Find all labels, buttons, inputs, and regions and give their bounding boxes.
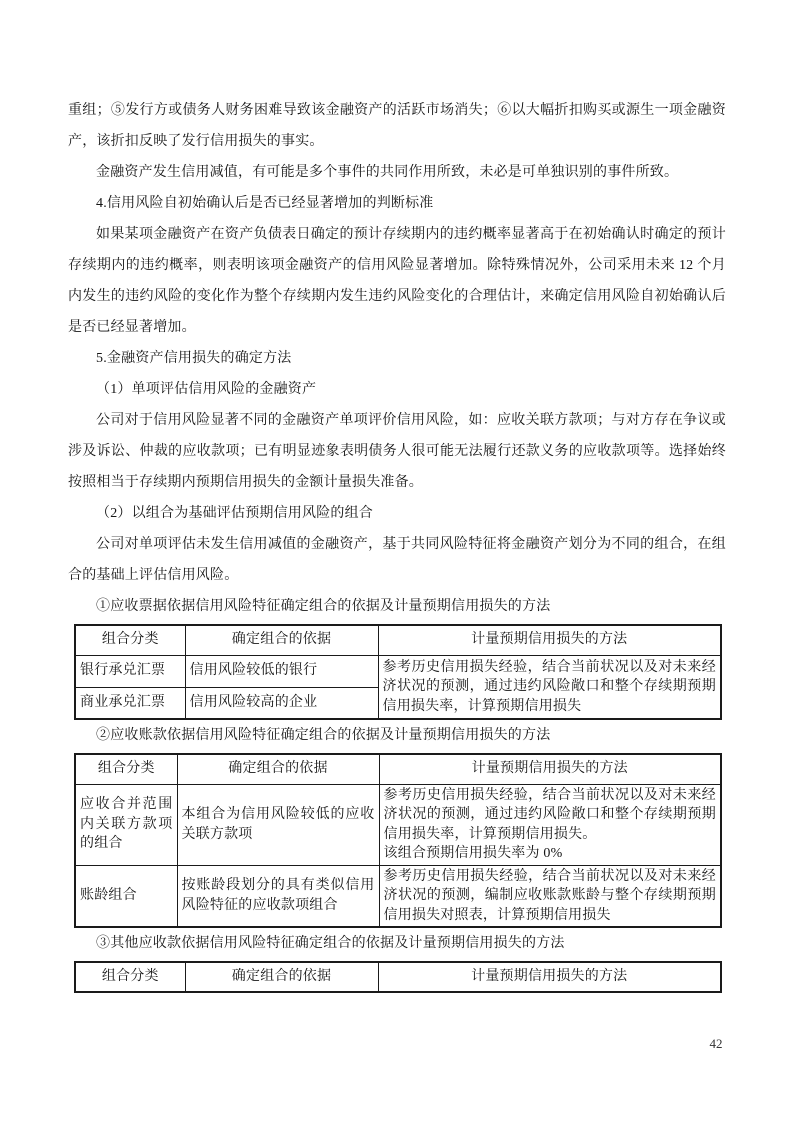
method-note: 该组合预期信用损失率为 0% xyxy=(384,844,717,864)
cell-basis: 信用风险较高的企业 xyxy=(185,687,378,719)
cell-category: 账龄组合 xyxy=(75,865,177,927)
table-notes-receivable: 组合分类 确定组合的依据 计量预期信用损失的方法 银行承兑汇票 信用风险较低的银… xyxy=(74,624,722,720)
paragraph-item-4-body: 如果某项金融资产在资产负债表日确定的预计存续期内的违约概率显著高于在初始确认时确… xyxy=(68,219,726,343)
table-row: 银行承兑汇票 信用风险较低的银行 参考历史信用损失经验，结合当前状况以及对未来经… xyxy=(75,655,721,687)
header-cell-method: 计量预期信用损失的方法 xyxy=(378,625,721,655)
document-page-content: 重组；⑤发行方或债务人财务困难导致该金融资产的活跃市场消失；⑥以大幅折扣购买或源… xyxy=(68,95,726,993)
table-other-receivables: 组合分类 确定组合的依据 计量预期信用损失的方法 xyxy=(74,961,722,993)
page-number: 42 xyxy=(700,1036,732,1052)
table-header-row: 组合分类 确定组合的依据 计量预期信用损失的方法 xyxy=(75,962,721,992)
paragraph-continuation: 重组；⑤发行方或债务人财务困难导致该金融资产的活跃市场消失；⑥以大幅折扣购买或源… xyxy=(68,95,726,157)
heading-item-5: 5.金融资产信用损失的确定方法 xyxy=(68,343,726,374)
list-item-notes-receivable: ①应收票据依据信用风险特征确定组合的依据及计量预期信用损失的方法 xyxy=(68,591,726,622)
method-text: 参考历史信用损失经验，结合当前状况以及对未来经济状况的预测，通过违约风险敞口和整… xyxy=(384,786,717,845)
header-cell-category: 组合分类 xyxy=(75,625,185,655)
heading-5-1: （1）单项评估信用风险的金融资产 xyxy=(68,374,726,405)
table-row: 账龄组合 按账龄段划分的具有类似信用风险特征的应收款项组合 参考历史信用损失经验… xyxy=(75,865,721,927)
paragraph-5-1-body: 公司对于信用风险显著不同的金融资产单项评价信用风险，如：应收关联方款项；与对方存… xyxy=(68,405,726,498)
cell-basis: 信用风险较低的银行 xyxy=(185,655,378,687)
cell-category: 应收合并范围内关联方款项的组合 xyxy=(75,784,177,865)
header-cell-category: 组合分类 xyxy=(75,754,177,784)
table-header-row: 组合分类 确定组合的依据 计量预期信用损失的方法 xyxy=(75,754,721,784)
header-cell-method: 计量预期信用损失的方法 xyxy=(378,962,721,992)
paragraph-credit-impairment: 金融资产发生信用减值，有可能是多个事件的共同作用所致，未必是可单独识别的事件所致… xyxy=(68,157,726,188)
cell-basis: 按账龄段划分的具有类似信用风险特征的应收款项组合 xyxy=(177,865,379,927)
heading-item-4: 4.信用风险自初始确认后是否已经显著增加的判断标准 xyxy=(68,188,726,219)
cell-method-merged: 参考历史信用损失经验，结合当前状况以及对未来经济状况的预测，通过违约风险敞口和整… xyxy=(378,655,721,719)
heading-5-2: （2）以组合为基础评估预期信用风险的组合 xyxy=(68,498,726,529)
cell-method: 参考历史信用损失经验，结合当前状况以及对未来经济状况的预测，编制应收账款账龄与整… xyxy=(379,865,721,927)
cell-method: 参考历史信用损失经验，结合当前状况以及对未来经济状况的预测，通过违约风险敞口和整… xyxy=(379,784,721,865)
header-cell-category: 组合分类 xyxy=(75,962,185,992)
cell-basis: 本组合为信用风险较低的应收关联方款项 xyxy=(177,784,379,865)
table-header-row: 组合分类 确定组合的依据 计量预期信用损失的方法 xyxy=(75,625,721,655)
table-accounts-receivable: 组合分类 确定组合的依据 计量预期信用损失的方法 应收合并范围内关联方款项的组合… xyxy=(74,753,722,928)
cell-category: 银行承兑汇票 xyxy=(75,655,185,687)
paragraph-5-2-body: 公司对单项评估未发生信用减值的金融资产，基于共同风险特征将金融资产划分为不同的组… xyxy=(68,529,726,591)
header-cell-method: 计量预期信用损失的方法 xyxy=(379,754,721,784)
header-cell-basis: 确定组合的依据 xyxy=(185,625,378,655)
list-item-other-receivables: ③其他应收款依据信用风险特征确定组合的依据及计量预期信用损失的方法 xyxy=(68,928,726,959)
header-cell-basis: 确定组合的依据 xyxy=(177,754,379,784)
table-row: 应收合并范围内关联方款项的组合 本组合为信用风险较低的应收关联方款项 参考历史信… xyxy=(75,784,721,865)
header-cell-basis: 确定组合的依据 xyxy=(185,962,378,992)
cell-category: 商业承兑汇票 xyxy=(75,687,185,719)
list-item-accounts-receivable: ②应收账款依据信用风险特征确定组合的依据及计量预期信用损失的方法 xyxy=(68,720,726,751)
